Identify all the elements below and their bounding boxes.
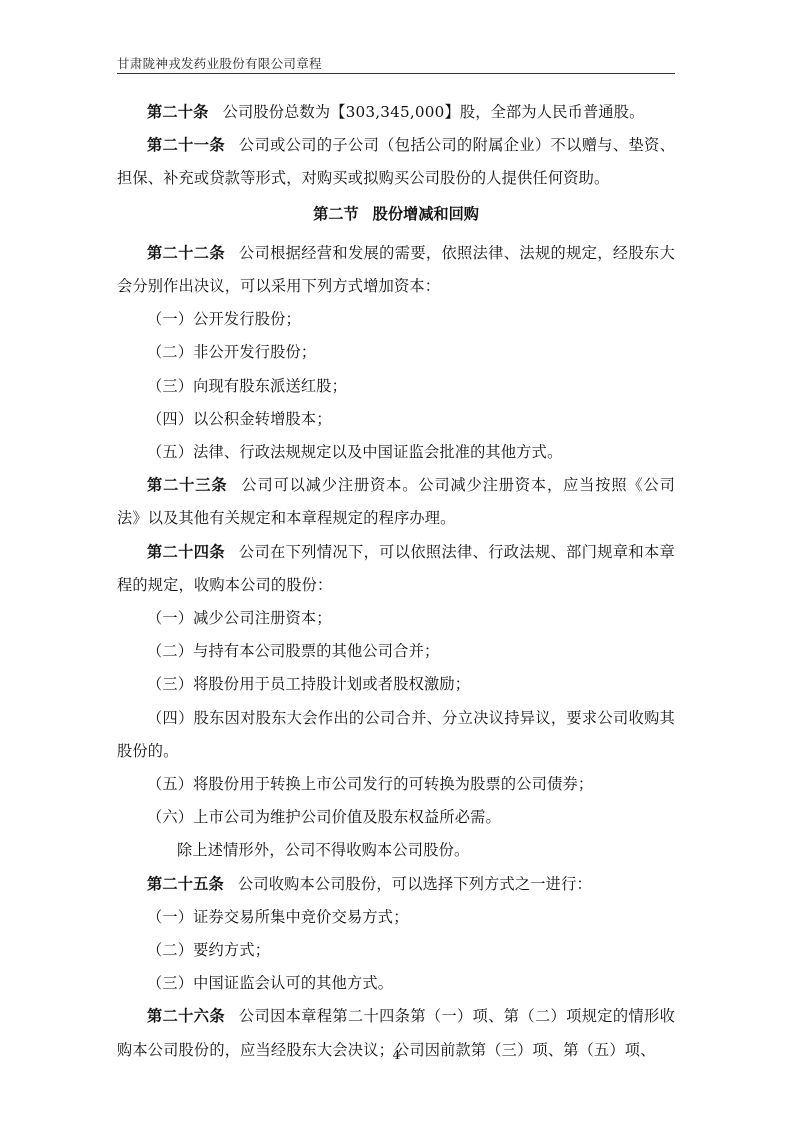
article-label: 第二十二条 [147, 244, 225, 262]
list-item: （一）证券交易所集中竞价交易方式； [117, 901, 675, 934]
header-title: 甘肃陇神戎发药业股份有限公司章程 [117, 55, 673, 73]
article-20: 第二十条公司股份总数为【303,345,000】股，全部为人民币普通股。 [117, 96, 675, 129]
header-divider [117, 73, 675, 74]
section-title: 股份增减和回购 [373, 205, 479, 223]
list-item: （五）将股份用于转换上市公司发行的可转换为股票的公司债券； [117, 768, 675, 801]
list-item: （三）将股份用于员工持股计划或者股权激励； [117, 668, 675, 701]
list-item: （二）要约方式； [117, 934, 675, 967]
list-item: （一）减少公司注册资本； [117, 602, 675, 635]
article-label: 第二十一条 [147, 136, 225, 154]
list-item: （三）向现有股东派送红股； [117, 370, 675, 403]
section-heading: 第二节股份增减和回购 [117, 198, 675, 231]
article-24: 第二十四条公司在下列情况下，可以依照法律、行政法规、部门规章和本章程的规定，收购… [117, 536, 675, 602]
article-text: 公司收购本公司股份，可以选择下列方式之一进行： [238, 875, 592, 893]
list-item: （一）公开发行股份； [117, 303, 675, 336]
list-item: （三）中国证监会认可的其他方式。 [117, 967, 675, 1000]
article-text: 公司股份总数为【303,345,000】股，全部为人民币普通股。 [223, 103, 645, 121]
page-number: 4 [0, 1048, 793, 1062]
article-25: 第二十五条公司收购本公司股份，可以选择下列方式之一进行： [117, 868, 675, 901]
article-label: 第二十五条 [147, 875, 224, 893]
closing-statement: 除上述情形外，公司不得收购本公司股份。 [117, 834, 675, 867]
article-label: 第二十四条 [147, 543, 225, 561]
list-item: （五）法律、行政法规规定以及中国证监会批准的其他方式。 [117, 436, 675, 469]
page-header: 甘肃陇神戎发药业股份有限公司章程 [117, 55, 673, 73]
article-23: 第二十三条公司可以减少注册资本。公司减少注册资本，应当按照《公司法》以及其他有关… [117, 469, 675, 535]
article-22: 第二十二条公司根据经营和发展的需要，依照法律、法规的规定，经股东大会分别作出决议… [117, 237, 675, 303]
article-label: 第二十条 [147, 103, 209, 121]
list-item: （二）非公开发行股份； [117, 336, 675, 369]
list-item: （四）股东因对股东大会作出的公司合并、分立决议持异议，要求公司收购其股份的。 [117, 702, 675, 768]
article-label: 第二十六条 [147, 1007, 225, 1025]
article-21: 第二十一条公司或公司的子公司（包括公司的附属企业）不以赠与、垫资、担保、补充或贷… [117, 129, 675, 195]
section-number: 第二节 [313, 205, 359, 223]
list-item: （二）与持有本公司股票的其他公司合并； [117, 635, 675, 668]
document-body: 第二十条公司股份总数为【303,345,000】股，全部为人民币普通股。 第二十… [117, 96, 675, 1067]
article-label: 第二十三条 [147, 476, 227, 494]
list-item: （四）以公积金转增股本； [117, 403, 675, 436]
list-item: （六）上市公司为维护公司价值及股东权益所必需。 [117, 801, 675, 834]
